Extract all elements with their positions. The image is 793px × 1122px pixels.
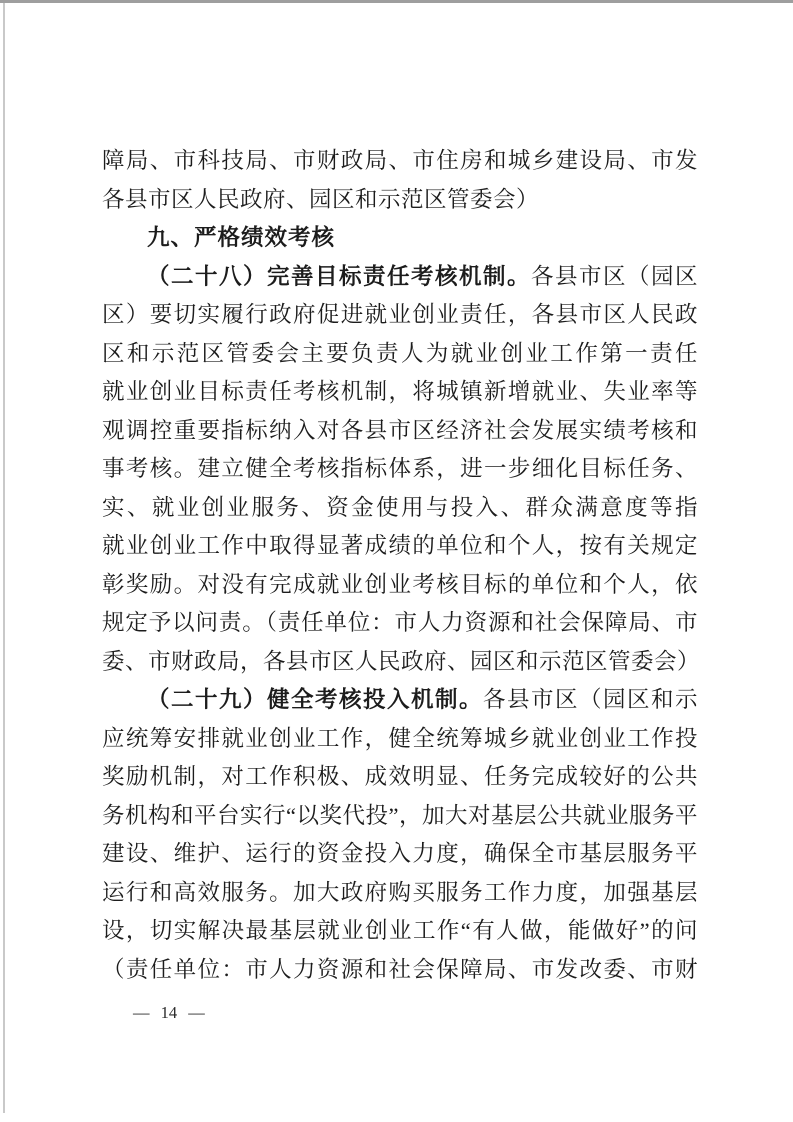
document-page: { "page": { "background_color": "#ffffff… [0, 0, 793, 1122]
document-body: 障局、市科技局、市财政局、市住房和城乡建设局、市发改委，各县市区人民政府、园区和… [102, 142, 698, 989]
body-text-segment: 彰奖励。对没有完成就业创业考核目标的单位和个人，依照相关 [102, 572, 698, 605]
body-text-segment: 区和示范区管委会主要负责人为就业创业工作第一责任人。健全 [102, 341, 698, 374]
body-text-segment: 就业创业目标责任考核机制，将城镇新增就业、失业率等作为宏 [102, 379, 698, 412]
text-line: 运行和高效服务。加大政府购买服务工作力度，加强基层队伍建 [102, 874, 698, 913]
section-heading: 九、严格绩效考核 [102, 219, 698, 258]
body-text-segment: 建设、维护、运行的资金投入力度，确保全市基层服务平台有效 [102, 841, 698, 874]
text-line: 委、市财政局，各县市区人民政府、园区和示范区管委会） [102, 643, 698, 682]
text-line: 观调控重要指标纳入对各县市区经济社会发展实绩考核和民生实 [102, 412, 698, 451]
text-line: （二十八）完善目标责任考核机制。各县市区（园区和示范 [102, 258, 698, 297]
text-line: 就业创业工作中取得显著成绩的单位和个人，按有关规定予以表 [102, 527, 698, 566]
text-line: 区和示范区管委会主要负责人为就业创业工作第一责任人。健全 [102, 335, 698, 374]
body-text-segment: 障局、市科技局、市财政局、市住房和城乡建设局、市发改委， [102, 148, 698, 181]
text-line: 应统筹安排就业创业工作，健全统筹城乡就业创业工作投入考核 [102, 720, 698, 759]
text-line: 事考核。建立健全考核指标体系，进一步细化目标任务、政策落 [102, 450, 698, 489]
text-line: 务机构和平台实行“以奖代投”，加大对基层公共就业服务平台 [102, 797, 698, 836]
scan-edge-top [0, 0, 793, 3]
text-line: 障局、市科技局、市财政局、市住房和城乡建设局、市发改委， [102, 142, 698, 181]
bold-text-segment: 九、严格绩效考核 [147, 225, 335, 251]
text-line: 区）要切实履行政府促进就业创业责任，各县市区人民政府、园 [102, 296, 698, 335]
body-text-segment: 务机构和平台实行“以奖代投”，加大对基层公共就业服务平台 [102, 803, 698, 836]
body-text-segment: 应统筹安排就业创业工作，健全统筹城乡就业创业工作投入考核 [102, 726, 698, 759]
bold-text-segment: （二十八）完善目标责任考核机制。 [147, 264, 531, 289]
text-line: （责任单位：市人力资源和社会保障局、市发改委、市财政局、 [102, 951, 698, 990]
text-line: 就业创业目标责任考核机制，将城镇新增就业、失业率等作为宏 [102, 373, 698, 412]
body-text-segment: 各县市区人民政府、园区和示范区管委会） [102, 187, 539, 212]
body-text-segment: 事考核。建立健全考核指标体系，进一步细化目标任务、政策落 [102, 456, 698, 489]
text-line: （二十九）健全考核投入机制。各县市区（园区和示范区） [102, 681, 698, 720]
body-text-segment: 设，切实解决最基层就业创业工作“有人做，能做好”的问题。 [102, 918, 698, 951]
text-line: 建设、维护、运行的资金投入力度，确保全市基层服务平台有效 [102, 835, 698, 874]
body-text-segment: 规定予以问责。（责任单位：市人力资源和社会保障局、市发改 [102, 610, 698, 643]
body-text-segment: 运行和高效服务。加大政府购买服务工作力度，加强基层队伍建 [102, 880, 698, 913]
text-line: 实、就业创业服务、资金使用与投入、群众满意度等指标。对在 [102, 489, 698, 528]
body-text-segment: 就业创业工作中取得显著成绩的单位和个人，按有关规定予以表 [102, 533, 698, 566]
text-line: 设，切实解决最基层就业创业工作“有人做，能做好”的问题。 [102, 912, 698, 951]
text-line: 各县市区人民政府、园区和示范区管委会） [102, 181, 698, 220]
text-line: 彰奖励。对没有完成就业创业考核目标的单位和个人，依照相关 [102, 566, 698, 605]
bold-text-segment: （二十九）健全考核投入机制。 [147, 687, 483, 712]
text-line: 奖励机制，对工作积极、成效明显、任务完成较好的公共就业服 [102, 758, 698, 797]
page-number: — 14 — [133, 1002, 205, 1024]
body-text-segment: 区）要切实履行政府促进就业创业责任，各县市区人民政府、园 [102, 302, 698, 335]
body-text-segment: 奖励机制，对工作积极、成效明显、任务完成较好的公共就业服 [102, 764, 698, 797]
body-text-segment: （责任单位：市人力资源和社会保障局、市发改委、市财政局、 [102, 957, 698, 990]
body-text-segment: 实、就业创业服务、资金使用与投入、群众满意度等指标。对在 [102, 495, 698, 528]
body-text-segment: 观调控重要指标纳入对各县市区经济社会发展实绩考核和民生实 [102, 418, 698, 451]
scan-edge-left [3, 3, 5, 1113]
text-line: 规定予以问责。（责任单位：市人力资源和社会保障局、市发改 [102, 604, 698, 643]
body-text-segment: 委、市财政局，各县市区人民政府、园区和示范区管委会） [102, 649, 698, 674]
